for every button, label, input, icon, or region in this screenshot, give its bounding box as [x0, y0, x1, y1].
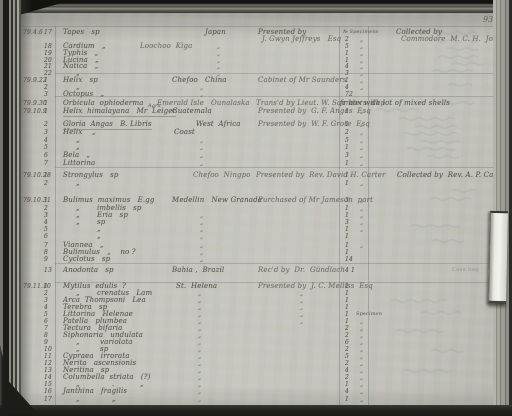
entry-text: 6 [345, 339, 349, 346]
entry-text: West Africa [196, 121, 241, 128]
entry-text: „ [198, 297, 201, 304]
entry-text: 1 [345, 180, 349, 187]
photo-of-register-page: 79.4.617Tapes spJapanPresented by№ Speci… [0, 0, 512, 416]
entry-text: 1 [345, 77, 349, 84]
entry-text: 13 [44, 267, 52, 274]
entry-text: „ [198, 318, 201, 325]
entry-text: 11 [44, 353, 52, 360]
entry-text: Bahia , Brazil [172, 267, 224, 274]
entry-text: 10 [44, 346, 52, 353]
entry-text: „ [360, 381, 363, 388]
entry-text: Purchased of Mr Jameson part [258, 197, 373, 204]
entry-text: „ [360, 137, 363, 144]
entry-text: Medellin New Granada [172, 197, 262, 204]
entry-text: 1 [44, 100, 48, 107]
entry-text: 14 [345, 256, 353, 263]
entry-text: 7 [44, 242, 48, 249]
entry-text: 1 [345, 212, 349, 219]
entry-text: 1 [345, 50, 349, 57]
entry-text: 2 [345, 332, 349, 339]
entry-text: 5 [345, 353, 349, 360]
entry-text: „ [360, 129, 363, 136]
entry-text: „ [300, 297, 303, 304]
entry-text: 3 [44, 297, 48, 304]
entry-text: fr box with lot of mixed shells [340, 100, 450, 107]
entry-text: „ [360, 367, 363, 374]
entry-text: „ [300, 318, 303, 325]
entry-text: „ [200, 249, 203, 256]
entry-text: „ [198, 374, 201, 381]
pencil-note: Case bag [452, 267, 479, 274]
entry-text: 5 [345, 43, 349, 50]
entry-text: 4 [44, 219, 48, 226]
entry-text: 12 [44, 360, 52, 367]
entry-text: 6 [44, 152, 48, 159]
entry-text: Guatemala [172, 108, 212, 115]
entry-text: „ [360, 108, 363, 115]
entry-text: 2 [345, 346, 349, 353]
entry-text: Rec'd by Dr. Gündlach [258, 267, 345, 274]
entry-text: „ [200, 242, 203, 249]
entry-text: 2 [345, 360, 349, 367]
entry-text: 6 [44, 318, 48, 325]
entry-text: „ [76, 180, 80, 187]
entry-text: „ [300, 311, 303, 318]
entry-text: Anodonta sp [63, 267, 114, 274]
entry-text: „ [360, 219, 363, 226]
entry-text: 1 [345, 144, 349, 151]
entry-text: „ [200, 212, 203, 219]
entry-text: № Specimens [343, 29, 378, 36]
entry-text: Octopus „ [63, 91, 104, 98]
entry-text: „ [198, 346, 201, 353]
entry-text: 19 [44, 50, 52, 57]
entry-text: 1 [345, 233, 349, 240]
entry-text: „ [76, 396, 80, 403]
entry-text: 4 [345, 63, 349, 70]
entry-text: „ [198, 311, 201, 318]
entry-text: 1 [345, 297, 349, 304]
entry-text: „ [140, 381, 144, 388]
entry-text: „ [200, 152, 203, 159]
entry-text: Specimen [356, 311, 382, 318]
entry-text: 1 [345, 121, 349, 128]
entry-text: 2 [345, 36, 349, 43]
entry-text: „ [200, 91, 203, 98]
entry-text: 1 [345, 160, 349, 167]
entry-text: 1 [345, 249, 349, 256]
entry-text: „ [360, 325, 363, 332]
entry-text: Cyclotus sp [63, 256, 110, 263]
entry-text: 8 [44, 332, 48, 339]
entry-text: „ [200, 233, 203, 240]
entry-text: „ [360, 374, 363, 381]
entry-text: 1 [44, 108, 48, 115]
entry-text: Collected by Rev. A. P. Carter [397, 172, 508, 179]
entry-text: 18 [44, 43, 52, 50]
entry-text: 14 [44, 374, 52, 381]
entry-text: Natica „ [63, 63, 98, 70]
entry-text: 1 [44, 172, 48, 179]
page-number: 93 [483, 15, 493, 24]
entry-text: 5 [44, 226, 48, 233]
entry-text: „ [200, 219, 203, 226]
entry-text: Cabinet of Mr Saunders [258, 77, 347, 84]
entry-text: 1 [345, 242, 349, 249]
entry-text: „ [112, 396, 116, 403]
entry-text: „ [360, 36, 363, 43]
entry-text: 22 [44, 70, 52, 77]
entry-text: 3 [44, 129, 48, 136]
entry-text: Presented by Rev. David H. Carter [256, 172, 386, 179]
entry-text: Helix „ [63, 129, 96, 136]
entry-text: 3 [345, 219, 349, 226]
entry-text: Littorina [63, 160, 95, 167]
entry-text: 7 [44, 325, 48, 332]
entry-text: 1 [345, 108, 349, 115]
entry-text: 17 [44, 396, 52, 403]
entry-text: „ [198, 396, 201, 403]
entry-text: Loochoo Kiga [140, 43, 192, 50]
entry-text: 1 [345, 381, 349, 388]
entry-text: „ [360, 332, 363, 339]
entry-text: Coast [174, 129, 195, 136]
entry-text: „ [200, 144, 203, 151]
entry-text: 4 1 [345, 267, 355, 274]
entry-text: 2 [345, 325, 349, 332]
entry-text: 15 [44, 381, 52, 388]
entry-text: „ [360, 360, 363, 367]
entry-text: 4 [44, 137, 48, 144]
entry-text: Janthina fragilis [63, 388, 127, 395]
entry-text: 1 [345, 311, 349, 318]
entry-text: J. Gwyn Jeffreys Esq [262, 36, 341, 43]
entry-text: 6 [44, 233, 48, 240]
paper-slip-bookmark [488, 211, 508, 304]
entry-text: 1 [345, 290, 349, 297]
entry-text: 13 [44, 367, 52, 374]
entry-text: „ [76, 144, 80, 151]
entry-text: 17 [44, 29, 52, 36]
entry-text: St. Helena [176, 283, 217, 290]
entry-text: 1 [44, 283, 48, 290]
entry-text: 1 [345, 304, 349, 311]
entry-text: „ [360, 242, 363, 249]
entry-text: 9 [44, 339, 48, 346]
entry-text: 4 [44, 304, 48, 311]
entry-text: „ [360, 212, 363, 219]
entry-text: „ [360, 144, 363, 151]
entry-text: Bulimus maximus E.gg [63, 197, 154, 204]
book-left-page-edges [0, 0, 21, 416]
entry-text: 1 [345, 172, 349, 179]
entry-text: 21 [44, 63, 52, 70]
entry-text: 2 [345, 129, 349, 136]
entry-text: „ [200, 226, 203, 233]
entry-text: 1 [345, 396, 349, 403]
book-top-edge [0, 0, 512, 13]
entry-text: „ [360, 121, 363, 128]
entry-text: „ [217, 43, 220, 50]
entry-text: 4 [345, 388, 349, 395]
entry-text: 9 [44, 256, 48, 263]
entry-text: „ [360, 396, 363, 403]
entry-text: „ [360, 152, 363, 159]
entry-text: „ [360, 160, 363, 167]
entry-text: „ [360, 339, 363, 346]
book-bottom-edge [0, 405, 512, 416]
entry-text: „ [360, 63, 363, 70]
entry-text: Chefoo Ningpo [193, 172, 251, 179]
entry-text: Strongylus sp [63, 172, 118, 179]
entry-text: „ [360, 346, 363, 353]
entry-text: Helix himalayana Mr Leiger [63, 108, 176, 117]
entry-text: „ [198, 367, 201, 374]
entry-text: „ [198, 388, 201, 395]
entry-text: Helix sp [63, 77, 98, 84]
entry-text: „ [360, 318, 363, 325]
entry-text: 1 [345, 318, 349, 325]
entry-text: 2 [44, 290, 48, 297]
entry-text: „ [200, 137, 203, 144]
entry-text: 4 [345, 84, 349, 91]
entry-text: 16 [44, 388, 52, 395]
entry-text: 3 [345, 197, 349, 204]
entry-text: „ [198, 381, 201, 388]
entry-text: 1 [44, 77, 48, 84]
entry-text: „ [198, 339, 201, 346]
entry-text: 5 [345, 137, 349, 144]
entry-text: Presented by J. C. Melliss Esq [258, 283, 373, 290]
entry-text: „ [360, 50, 363, 57]
entry-text: „ [360, 353, 363, 360]
entry-text: 1 [345, 283, 349, 290]
entry-text: „ [97, 233, 101, 240]
entry-text: 72 [345, 91, 353, 98]
entry-text: Emerald Isle Ounalaska [157, 100, 250, 107]
entry-text: Chefoo China [172, 77, 227, 84]
entry-text: „ [198, 304, 201, 311]
entry-text: „ [360, 77, 363, 84]
entry-text: 4 [345, 367, 349, 374]
entry-text: Presented by W. F. Grote Esq [258, 121, 370, 128]
entry-text: „ [360, 205, 363, 212]
entry-text: Presented by G. F. Angas Esq [258, 108, 371, 115]
entry-text: „ [360, 226, 363, 233]
entry-text: „ [360, 197, 363, 204]
entry-text: „ [360, 388, 363, 395]
entry-text: „ [198, 325, 201, 332]
entry-text: 2 [44, 84, 48, 91]
entry-text: 2 [44, 205, 48, 212]
entry-text: 5 [44, 144, 48, 151]
entry-text: 2 [345, 374, 349, 381]
entry-text: 1 [345, 205, 349, 212]
entry-text: 3 [345, 152, 349, 159]
entry-text: Orbicula ophioderma [63, 100, 144, 107]
entry-text: „ [198, 360, 201, 367]
entry-text: „ [300, 290, 303, 297]
entry-text: „ [200, 84, 203, 91]
entry-text: 5 [44, 311, 48, 318]
entry-text: 8 [44, 249, 48, 256]
entry-text: „ [198, 290, 201, 297]
entry-text: „ [217, 63, 220, 70]
gutter-shadow [21, 0, 33, 416]
entry-text: „ [198, 353, 201, 360]
entry-text: 7 [44, 160, 48, 167]
entry-text: „ [360, 70, 363, 77]
entry-text: 3 [44, 212, 48, 219]
entry-text: „ [200, 160, 203, 167]
entry-text: Japan [205, 29, 226, 36]
entry-text: 2 [44, 121, 48, 128]
entry-text: Bela „ [63, 152, 90, 159]
entry-text: „ [360, 180, 363, 187]
entry-text: „ [198, 332, 201, 339]
entry-text: 2 [44, 180, 48, 187]
entry-text: „ [217, 50, 220, 57]
entry-text: 3 [44, 91, 48, 98]
entry-text: 1 [44, 197, 48, 204]
entry-text: „ [300, 304, 303, 311]
entry-text: „ [360, 43, 363, 50]
entry-text: Commodore M. C. H. John [401, 36, 502, 43]
entry-text: 1 [345, 226, 349, 233]
entry-text: „ [76, 219, 80, 226]
entry-text: Tapes sp [63, 29, 100, 36]
entry-text: „ [360, 84, 363, 91]
entry-text: „ [200, 256, 203, 263]
